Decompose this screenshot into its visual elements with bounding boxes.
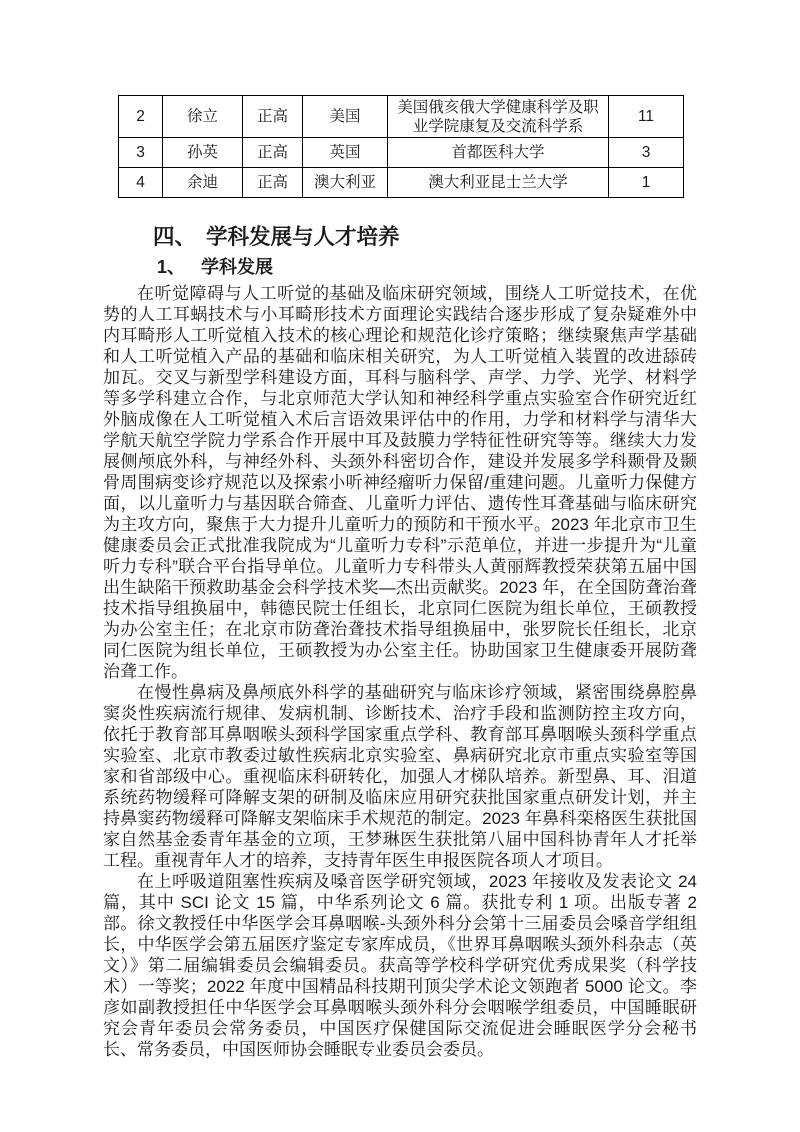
cell-country: 美国 bbox=[303, 96, 388, 138]
cell-country: 英国 bbox=[303, 138, 388, 168]
table-row: 4 余迪 正高 澳大利亚 澳大利亚昆士兰大学 1 bbox=[119, 168, 684, 198]
paragraph-hearing-research: 在听觉障碍与人工听觉的基础及临床研究领域，围绕人工听觉技术，在优势的人工耳蜗技术… bbox=[103, 283, 697, 682]
cell-title: 正高 bbox=[243, 168, 303, 198]
subsection-heading: 1、学科发展 bbox=[157, 256, 697, 278]
cell-count: 11 bbox=[609, 96, 684, 138]
cell-institution: 澳大利亚昆士兰大学 bbox=[388, 168, 609, 198]
table-row: 3 孙英 正高 英国 首都医科大学 3 bbox=[119, 138, 684, 168]
cell-title: 正高 bbox=[243, 96, 303, 138]
document-page: 2 徐立 正高 美国 美国俄亥俄大学健康科学及职业学院康复及交流科学系 11 3… bbox=[0, 0, 800, 1132]
cell-index: 2 bbox=[119, 96, 163, 138]
cell-name: 孙英 bbox=[163, 138, 243, 168]
cell-count: 1 bbox=[609, 168, 684, 198]
cell-institution: 美国俄亥俄大学健康科学及职业学院康复及交流科学系 bbox=[388, 96, 609, 138]
section-title: 学科发展与人才培养 bbox=[206, 225, 400, 249]
paragraph-airway-voice-research: 在上呼吸道阻塞性疾病及嗓音医学研究领域，2023 年接收及发表论文 24 篇，其… bbox=[103, 871, 697, 1060]
cell-title: 正高 bbox=[243, 138, 303, 168]
subsection-title: 学科发展 bbox=[201, 257, 273, 277]
cell-index: 3 bbox=[119, 138, 163, 168]
subsection-number: 1、 bbox=[157, 257, 185, 277]
cell-institution: 首都医科大学 bbox=[388, 138, 609, 168]
cell-count: 3 bbox=[609, 138, 684, 168]
cell-index: 4 bbox=[119, 168, 163, 198]
cell-name: 余迪 bbox=[163, 168, 243, 198]
cell-country: 澳大利亚 bbox=[303, 168, 388, 198]
section-number: 四、 bbox=[153, 225, 196, 249]
table-row: 2 徐立 正高 美国 美国俄亥俄大学健康科学及职业学院康复及交流科学系 11 bbox=[119, 96, 684, 138]
section-heading: 四、学科发展与人才培养 bbox=[153, 224, 697, 251]
faculty-table-body: 2 徐立 正高 美国 美国俄亥俄大学健康科学及职业学院康复及交流科学系 11 3… bbox=[119, 96, 684, 198]
cell-name: 徐立 bbox=[163, 96, 243, 138]
paragraph-rhinology-research: 在慢性鼻病及鼻颅底外科学的基础研究与临床诊疗领域，紧密围绕鼻腔鼻窦炎性疾病流行规… bbox=[103, 682, 697, 871]
faculty-table: 2 徐立 正高 美国 美国俄亥俄大学健康科学及职业学院康复及交流科学系 11 3… bbox=[118, 95, 684, 198]
